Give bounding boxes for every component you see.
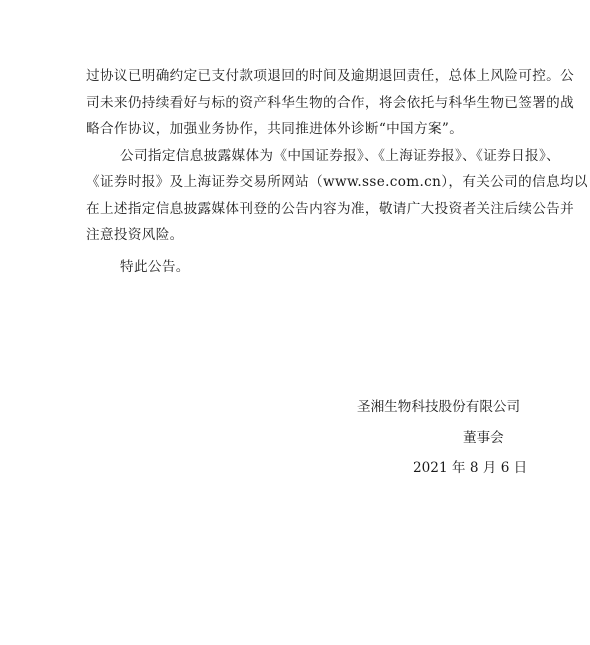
signature-date: 2021 年 8 月 6 日 — [413, 459, 527, 477]
document-page: 过协议已明确约定已支付款项退回的时间及逾期退回责任，总体上风险可控。公 司未来仍… — [0, 0, 590, 645]
paragraph2-line-4: 注意投资风险。 — [86, 226, 184, 244]
paragraph2-line-3: 在上述指定信息披露媒体刊登的公告内容为准，敬请广大投资者关注后续公告并 — [86, 200, 574, 218]
closing-statement: 特此公告。 — [120, 258, 190, 276]
paragraph2-line-2: 《证券时报》及上海证券交易所网站（www.sse.com.cn），有关公司的信息… — [86, 173, 588, 191]
paragraph1-line-2: 司未来仍持续看好与标的资产科华生物的合作，将会依托与科华生物已签署的战 — [86, 94, 574, 112]
paragraph1-line-1: 过协议已明确约定已支付款项退回的时间及逾期退回责任，总体上风险可控。公 — [86, 67, 574, 85]
signature-board: 董事会 — [463, 429, 504, 447]
paragraph2-line-1: 公司指定信息披露媒体为《中国证券报》、《上海证券报》、《证券日报》、 — [120, 147, 560, 165]
signature-company: 圣湘生物科技股份有限公司 — [357, 398, 520, 416]
paragraph1-line-3: 略合作协议，加强业务协作，共同推进体外诊断“中国方案”。 — [86, 120, 463, 138]
